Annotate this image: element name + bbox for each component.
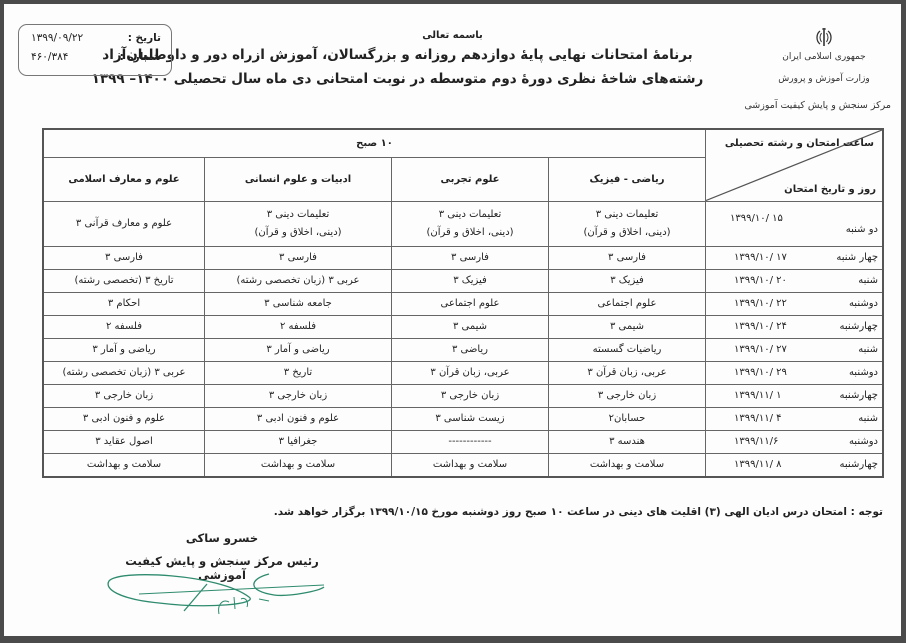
subject-text: تعلیمات دینی ۳ [209,206,387,224]
day-date-cell: دوشنبه۱۳۹۹/۱۱/۶ [706,430,884,453]
subject-text: سلامت و بهداشت [553,456,701,474]
subject-text: علوم و فنون ادبی ۳ [48,410,200,428]
day-date-wrapper: ۱۳۹۹/۱۰/ ۱۵دو شنبه [706,207,882,241]
subject-cell: فارسی ۳ [549,246,706,269]
subject-cell: فلسفه ۲ [205,315,392,338]
subject-cell: سلامت و بهداشت [549,453,706,477]
schedule-row: دوشنبه۱۳۹۹/۱۱/۶هندسه ۳------------جغرافی… [43,430,883,453]
subject-text: سلامت و بهداشت [209,456,387,474]
exam-day: شنبه [858,344,878,355]
subject-text: علوم و معارف قرآنی ۳ [48,215,200,233]
subject-cell: عربی ۳ (زبان تخصصی رشته) [205,269,392,292]
subject-text: ریاضی و آمار ۳ [48,341,200,359]
subject-text: عربی، زبان قرآن ۳ [396,364,544,382]
schedule-row: شنبه۱۳۹۹/۱۰/ ۲۰فیزیک ۳فیزیک ۳عربی ۳ (زبا… [43,269,883,292]
document-page: جمهوری اسلامی ایران وزارت آموزش و پرورش … [4,4,901,636]
subject-text: ریاضیات گسسته [553,341,701,359]
subject-text: فیزیک ۳ [553,272,701,290]
subject-cell: عربی، زبان قرآن ۳ [549,361,706,384]
subject-text: ریاضی ۳ [396,341,544,359]
subject-cell: ریاضیات گسسته [549,338,706,361]
subject-text: عربی ۳ (زبان تخصصی رشته) [209,272,387,290]
subject-cell: جامعه شناسی ۳ [205,292,392,315]
schedule-row: چهارشنبه۱۳۹۹/۱۰/ ۲۴شیمی ۳شیمی ۳فلسفه ۲فل… [43,315,883,338]
exam-date: ۱۳۹۹/۱۰/ ۲۹ [734,367,787,378]
day-date-cell: دوشنبه۱۳۹۹/۱۰/ ۲۹ [706,361,884,384]
field-header-humanities: ادبیات و علوم انسانی [205,157,392,201]
subject-text: جغرافیا ۳ [209,433,387,451]
corner-top-label: ساعت امتحان و رشته تحصیلی [725,138,874,149]
subject-cell: احکام ۳ [43,292,205,315]
subject-cell: ریاضی و آمار ۳ [43,338,205,361]
subject-text: فلسفه ۲ [209,318,387,336]
subject-text: زیست شناسی ۳ [396,410,544,428]
schedule-row: ۱۳۹۹/۱۰/ ۱۵دو شنبهتعلیمات دینی ۳(دینی، ا… [43,201,883,246]
date-row: تاریخ : ۱۳۹۹/۰۹/۲۲ [19,25,171,44]
subject-text: تعلیمات دینی ۳ [553,206,701,224]
center-org-name: مرکز سنجش و پایش کیفیت آموزشی [744,100,891,111]
date-label: تاریخ : [128,32,161,44]
date-value: ۱۳۹۹/۰۹/۲۲ [31,32,83,44]
subject-cell: فارسی ۳ [392,246,549,269]
subject-text: عربی، زبان قرآن ۳ [553,364,701,382]
subject-cell: تعلیمات دینی ۳(دینی، اخلاق و قرآن) [549,201,706,246]
subject-text: حسابان۲ [553,410,701,428]
subject-cell: عربی، زبان قرآن ۳ [392,361,549,384]
day-date-wrapper: دوشنبه۱۳۹۹/۱۰/ ۲۲ [706,293,882,315]
exam-date: ۱۳۹۹/۱۰/ ۱۵ [730,213,783,224]
subject-text: زبان خارجی ۳ [209,387,387,405]
subject-cell: تاریخ ۳ [205,361,392,384]
day-date-cell: چهارشنبه۱۳۹۹/۱۱/ ۱ [706,384,884,407]
number-value: ۴۶۰/۳۸۴ [31,51,68,63]
subject-text: عربی ۳ (زبان تخصصی رشته) [48,364,200,382]
subject-text: فیزیک ۳ [396,272,544,290]
exam-day: شنبه [858,275,878,286]
schedule-row: دوشنبه۱۳۹۹/۱۰/ ۲۹عربی، زبان قرآن ۳عربی، … [43,361,883,384]
subject-cell: سلامت و بهداشت [43,453,205,477]
exam-date: ۱۳۹۹/۱۰/ ۱۷ [734,252,787,263]
subject-cell: فلسفه ۲ [43,315,205,338]
exam-day: چهارشنبه [840,390,878,401]
day-date-cell: ۱۳۹۹/۱۰/ ۱۵دو شنبه [706,201,884,246]
schedule-row: چهار شنبه۱۳۹۹/۱۰/ ۱۷فارسی ۳فارسی ۳فارسی … [43,246,883,269]
subject-text: تاریخ ۳ [209,364,387,382]
day-date-wrapper: دوشنبه۱۳۹۹/۱۰/ ۲۹ [706,362,882,384]
exam-date: ۱۳۹۹/۱۰/ ۲۰ [734,275,787,286]
signer-name: خسرو ساکی [102,531,342,545]
subject-text: تعلیمات دینی ۳ [396,206,544,224]
footer-note: توجه : امتحان درس ادیان الهی (۳) اقلیت ه… [274,506,883,518]
subject-text: سلامت و بهداشت [396,456,544,474]
exam-day: دوشنبه [849,298,878,309]
field-header-islamic-studies: علوم و معارف اسلامی [43,157,205,201]
subject-cell: فیزیک ۳ [392,269,549,292]
subject-cell: زیست شناسی ۳ [392,407,549,430]
field-header-math-physics: ریاضی - فیزیک [549,157,706,201]
subject-cell: علوم و فنون ادبی ۳ [205,407,392,430]
subject-text: فلسفه ۲ [48,318,200,336]
handwritten-signature-icon [99,569,339,619]
field-header-experimental-sciences: علوم تجربی [392,157,549,201]
day-date-cell: چهارشنبه۱۳۹۹/۱۱/ ۸ [706,453,884,477]
subject-cell: شیمی ۳ [392,315,549,338]
subject-text: (دینی، اخلاق و قرآن) [396,224,544,242]
subject-cell: علوم و فنون ادبی ۳ [43,407,205,430]
subject-text: فارسی ۳ [209,249,387,267]
exam-day: چهارشنبه [840,459,878,470]
subject-cell: فارسی ۳ [205,246,392,269]
exam-day: دوشنبه [849,367,878,378]
subject-cell: زبان خارجی ۳ [43,384,205,407]
schedule-row: چهارشنبه۱۳۹۹/۱۱/ ۸سلامت و بهداشتسلامت و … [43,453,883,477]
schedule-row: دوشنبه۱۳۹۹/۱۰/ ۲۲علوم اجتماعیعلوم اجتماع… [43,292,883,315]
subject-cell: ریاضی و آمار ۳ [205,338,392,361]
subject-text: ------------ [396,433,544,451]
exam-date: ۱۳۹۹/۱۰/ ۲۷ [734,344,787,355]
day-date-wrapper: شنبه۱۳۹۹/۱۰/ ۲۰ [706,270,882,292]
subject-text: ریاضی و آمار ۳ [209,341,387,359]
exam-schedule-table: ساعت امتحان و رشته تحصیلی روز و تاریخ ام… [42,128,884,478]
subject-cell: علوم و معارف قرآنی ۳ [43,201,205,246]
subject-text: اصول عقاید ۳ [48,433,200,451]
exam-date: ۱۳۹۹/۱۱/ ۱ [734,390,782,401]
subject-cell: زبان خارجی ۳ [205,384,392,407]
subject-text: شیمی ۳ [553,318,701,336]
subject-cell: زبان خارجی ۳ [549,384,706,407]
subject-cell: حسابان۲ [549,407,706,430]
subject-text: علوم اجتماعی [396,295,544,313]
exam-date: ۱۳۹۹/۱۰/ ۲۲ [734,298,787,309]
subject-cell: هندسه ۳ [549,430,706,453]
subject-text: احکام ۳ [48,295,200,313]
exam-date: ۱۳۹۹/۱۱/۶ [734,436,778,447]
day-date-cell: چهار شنبه۱۳۹۹/۱۰/ ۱۷ [706,246,884,269]
letter-meta-box: تاریخ : ۱۳۹۹/۰۹/۲۲ شماره : ۴۶۰/۳۸۴ [18,24,172,76]
subject-cell: جغرافیا ۳ [205,430,392,453]
subject-cell: تعلیمات دینی ۳(دینی، اخلاق و قرآن) [392,201,549,246]
subject-cell: اصول عقاید ۳ [43,430,205,453]
schedule-row: چهارشنبه۱۳۹۹/۱۱/ ۱زبان خارجی ۳زبان خارجی… [43,384,883,407]
subject-text: شیمی ۳ [396,318,544,336]
number-label: شماره : [120,51,161,63]
schedule-row: شنبه۱۳۹۹/۱۰/ ۲۷ریاضیات گسستهریاضی ۳ریاضی… [43,338,883,361]
subject-cell: علوم اجتماعی [392,292,549,315]
day-date-cell: شنبه۱۳۹۹/۱۰/ ۲۰ [706,269,884,292]
subject-cell: تعلیمات دینی ۳(دینی، اخلاق و قرآن) [205,201,392,246]
subject-cell: سلامت و بهداشت [205,453,392,477]
day-date-wrapper: دوشنبه۱۳۹۹/۱۱/۶ [706,431,882,453]
subject-text: (دینی، اخلاق و قرآن) [553,224,701,242]
subject-text: فارسی ۳ [396,249,544,267]
subject-cell: تاریخ ۳ (تخصصی رشته) [43,269,205,292]
subject-cell: سلامت و بهداشت [392,453,549,477]
subject-text: علوم اجتماعی [553,295,701,313]
exam-day: شنبه [858,413,878,424]
exam-day: چهارشنبه [840,321,878,332]
day-date-cell: دوشنبه۱۳۹۹/۱۰/ ۲۲ [706,292,884,315]
number-row: شماره : ۴۶۰/۳۸۴ [19,44,171,63]
exam-day: دوشنبه [849,436,878,447]
subject-text: فارسی ۳ [553,249,701,267]
day-date-cell: شنبه۱۳۹۹/۱۰/ ۲۷ [706,338,884,361]
day-date-wrapper: چهار شنبه۱۳۹۹/۱۰/ ۱۷ [706,247,882,269]
subject-cell: فیزیک ۳ [549,269,706,292]
subject-text: زبان خارجی ۳ [396,387,544,405]
subject-cell: شیمی ۳ [549,315,706,338]
exam-date: ۱۳۹۹/۱۱/ ۴ [734,413,782,424]
subject-cell: ------------ [392,430,549,453]
exam-day: دو شنبه [846,224,878,235]
subject-text: زبان خارجی ۳ [48,387,200,405]
subject-cell: علوم اجتماعی [549,292,706,315]
subject-cell: فارسی ۳ [43,246,205,269]
day-date-wrapper: شنبه۱۳۹۹/۱۰/ ۲۷ [706,339,882,361]
subject-cell: ریاضی ۳ [392,338,549,361]
subject-text: تاریخ ۳ (تخصصی رشته) [48,272,200,290]
day-date-wrapper: چهارشنبه۱۳۹۹/۱۰/ ۲۴ [706,316,882,338]
subject-cell: عربی ۳ (زبان تخصصی رشته) [43,361,205,384]
day-date-cell: چهارشنبه۱۳۹۹/۱۰/ ۲۴ [706,315,884,338]
day-date-wrapper: چهارشنبه۱۳۹۹/۱۱/ ۸ [706,454,882,476]
exam-date: ۱۳۹۹/۱۰/ ۲۴ [734,321,787,332]
day-date-wrapper: چهارشنبه۱۳۹۹/۱۱/ ۱ [706,385,882,407]
time-header: ۱۰ صبح [43,129,706,157]
subject-text: علوم و فنون ادبی ۳ [209,410,387,428]
corner-header-cell: ساعت امتحان و رشته تحصیلی روز و تاریخ ام… [706,129,884,201]
subject-cell: زبان خارجی ۳ [392,384,549,407]
subject-text: هندسه ۳ [553,433,701,451]
day-date-wrapper: شنبه۱۳۹۹/۱۱/ ۴ [706,408,882,430]
subject-text: (دینی، اخلاق و قرآن) [209,224,387,242]
corner-bottom-label: روز و تاریخ امتحان [784,184,876,195]
subject-text: فارسی ۳ [48,249,200,267]
exam-date: ۱۳۹۹/۱۱/ ۸ [734,459,782,470]
day-date-cell: شنبه۱۳۹۹/۱۱/ ۴ [706,407,884,430]
schedule-row: شنبه۱۳۹۹/۱۱/ ۴حسابان۲زیست شناسی ۳علوم و … [43,407,883,430]
subject-text: جامعه شناسی ۳ [209,295,387,313]
subject-text: زبان خارجی ۳ [553,387,701,405]
exam-day: چهار شنبه [836,252,878,263]
subject-text: سلامت و بهداشت [48,456,200,474]
